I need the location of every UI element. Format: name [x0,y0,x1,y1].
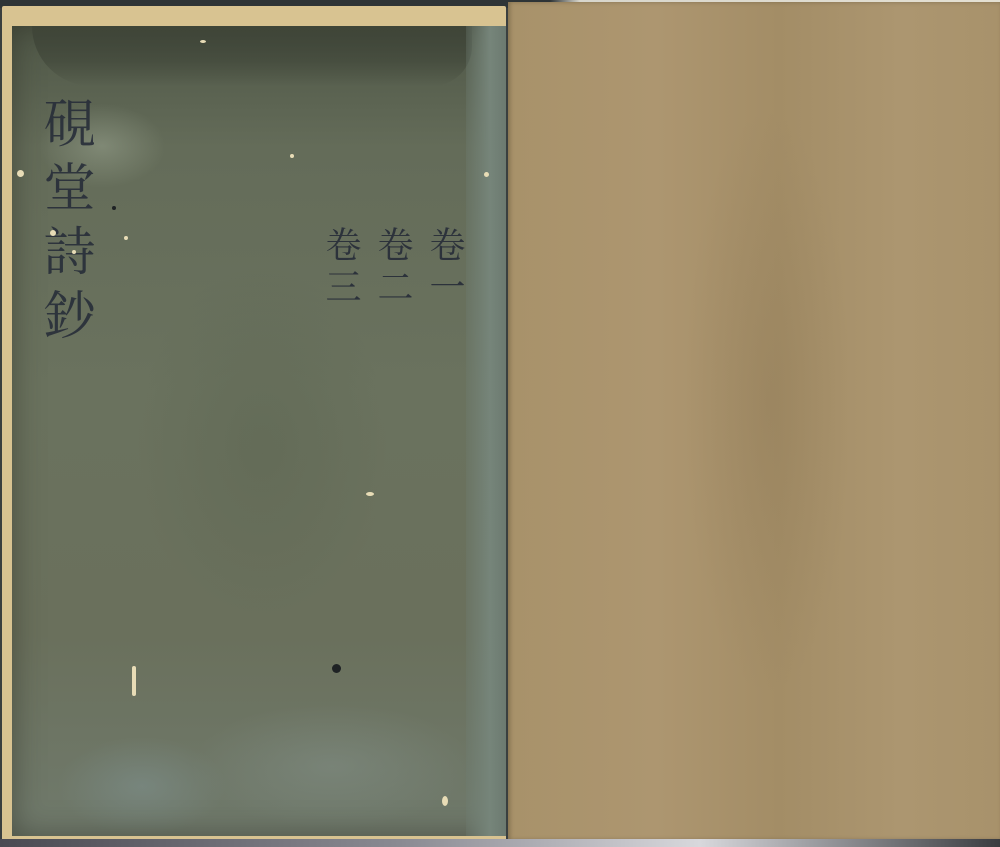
volume-list: 卷一 卷二 卷三 [314,226,464,326]
wear-spot [442,796,448,806]
scanner-edge-bottom [0,839,1000,847]
wear-spot [132,666,136,696]
volume-1: 卷一 [424,226,464,326]
volume-2: 卷二 [372,226,412,326]
cover-fold-edge [466,26,506,836]
ink-blot [332,664,341,673]
blank-endpaper [508,2,1000,840]
ink-blot [112,206,116,210]
wear-spot [72,250,76,254]
water-stain [32,26,472,86]
wear-spot [200,40,206,43]
wear-spot [484,172,489,177]
book-cover: 硯堂詩鈔 卷一 卷二 卷三 [12,26,506,836]
volume-3: 卷三 [320,226,360,326]
wear-spot [290,154,294,158]
wear-spot [366,492,374,496]
book-title: 硯堂詩鈔 [34,96,94,352]
wear-spot [50,230,56,236]
wear-spot [124,236,128,240]
wear-spot [17,170,24,177]
